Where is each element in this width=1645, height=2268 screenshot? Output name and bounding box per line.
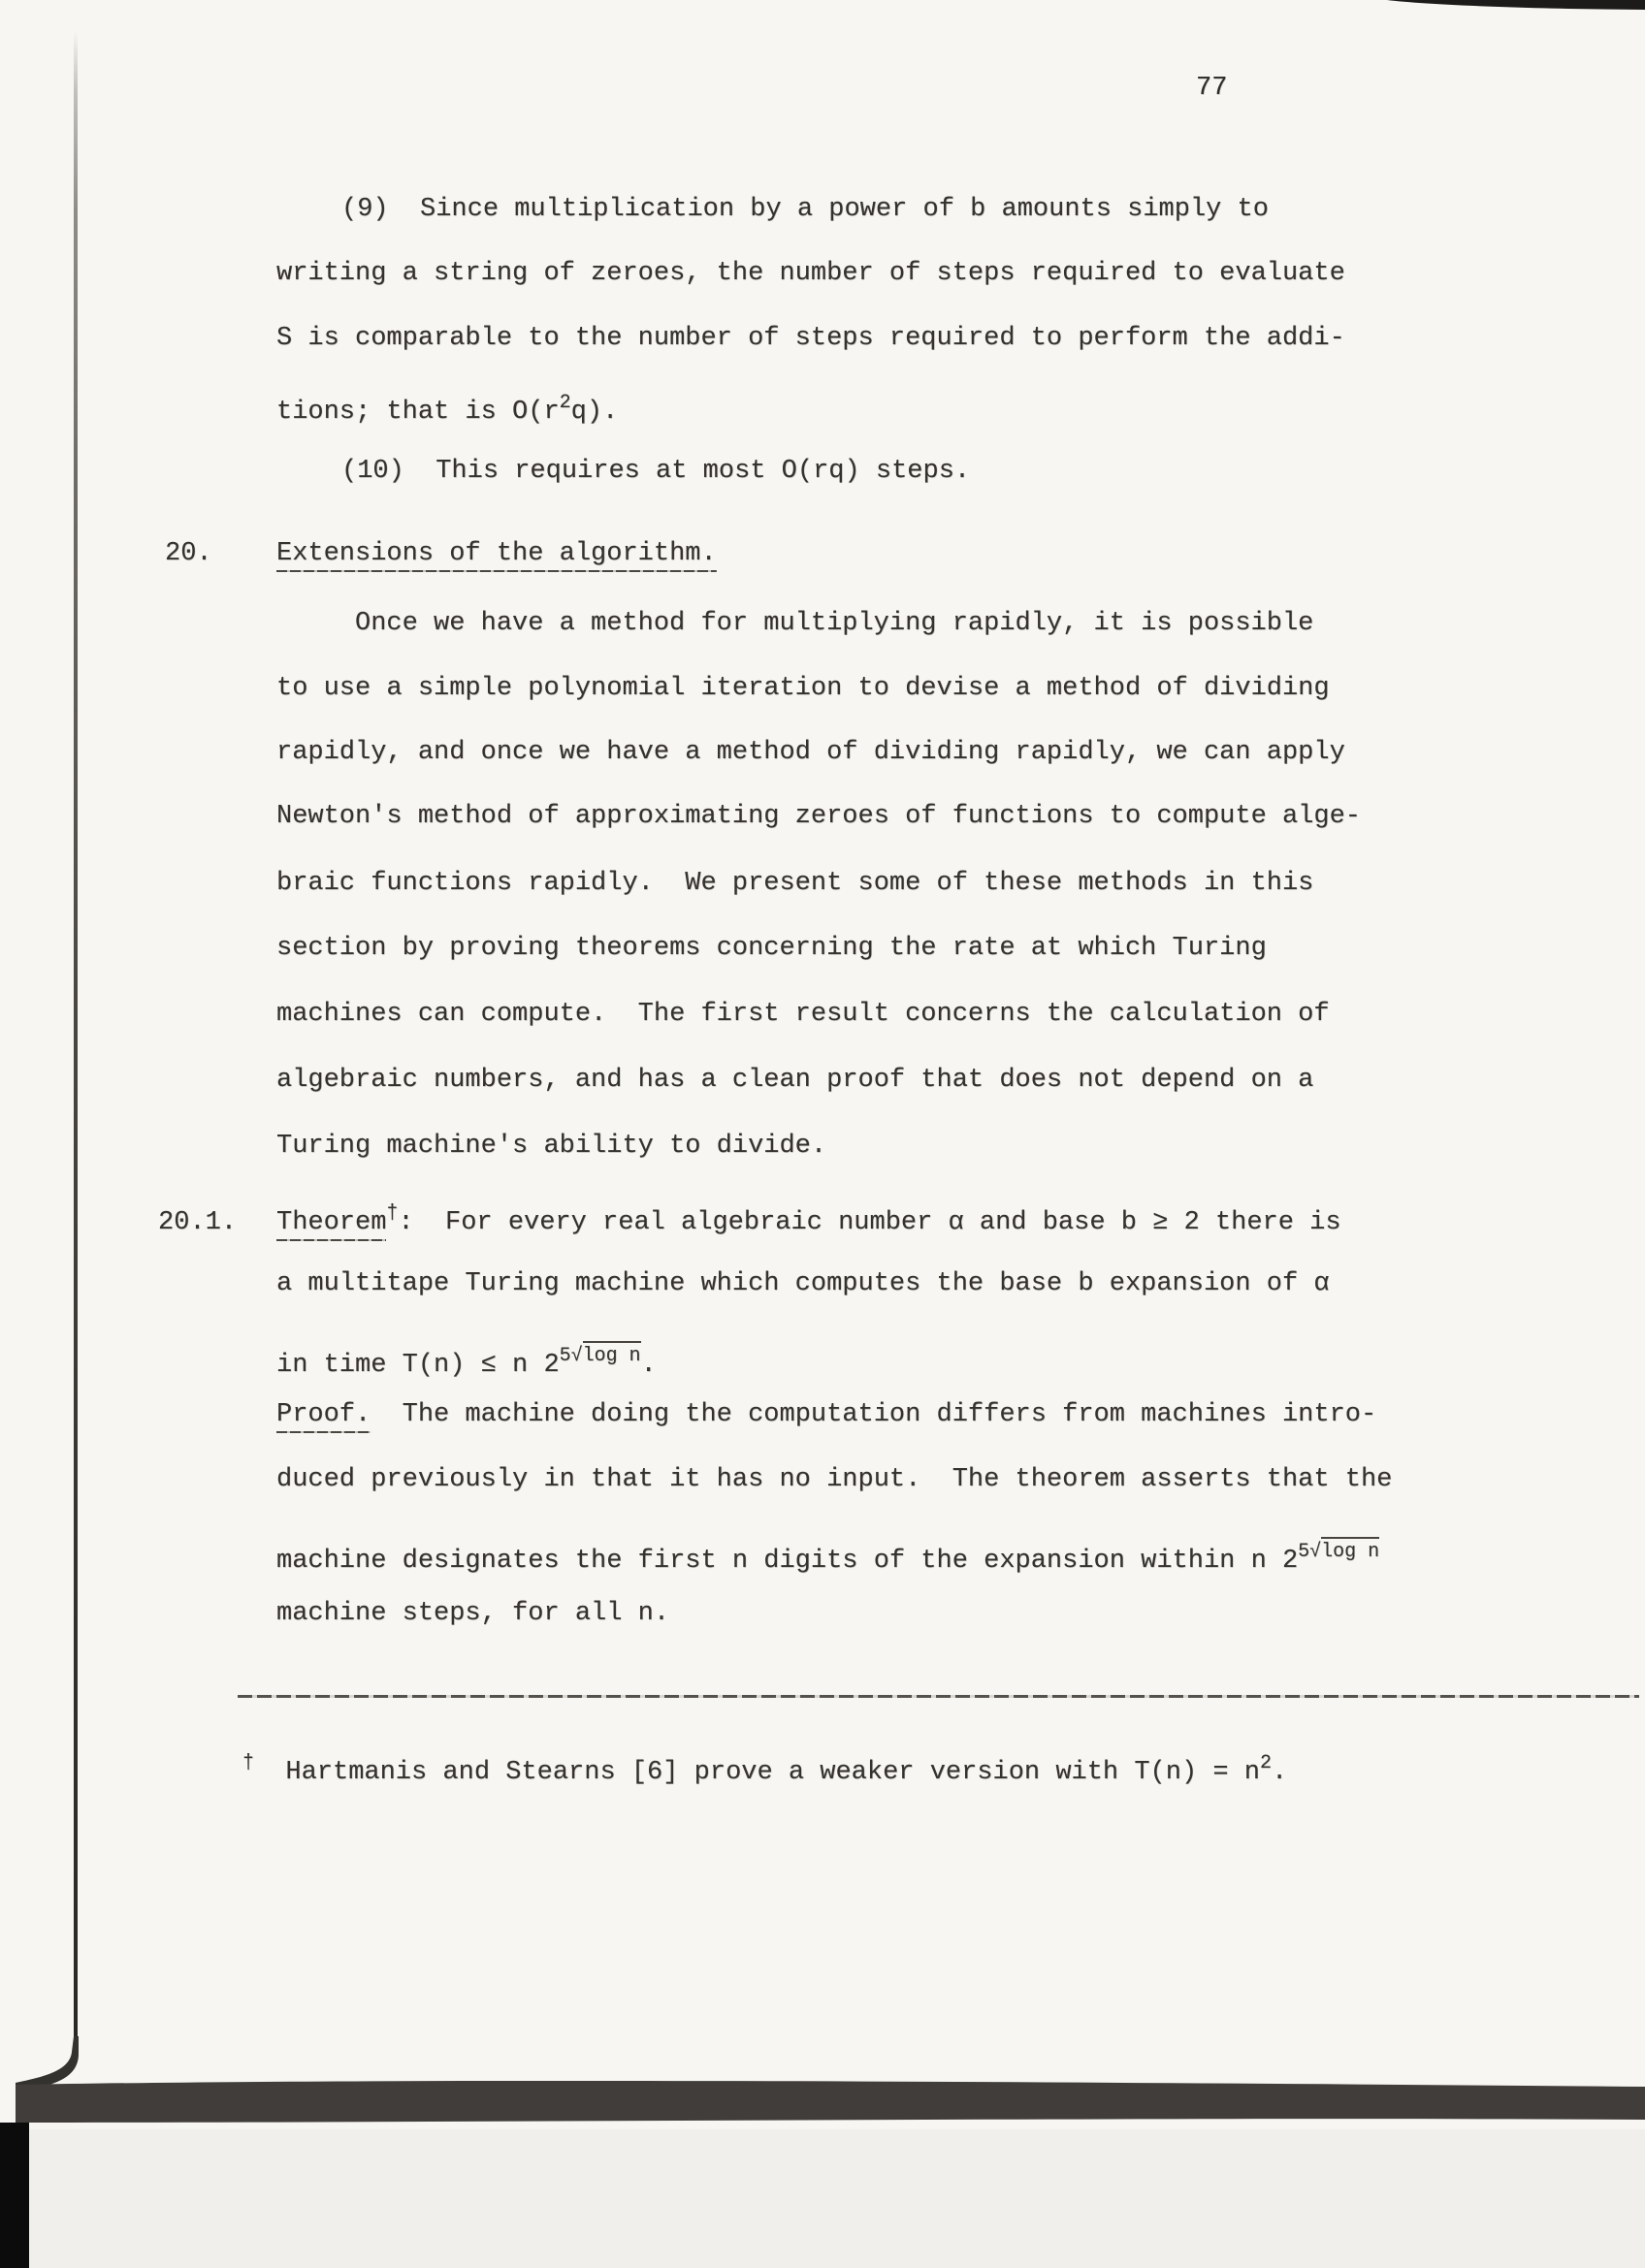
text-line: (10) This requires at most O(rq) steps. bbox=[341, 459, 970, 485]
text-line: rapidly, and once we have a method of di… bbox=[276, 740, 1345, 766]
text-segment: (10) This requires at most O(rq) steps. bbox=[341, 457, 970, 486]
text-segment: writing a string of zeroes, the number o… bbox=[276, 259, 1345, 288]
section-title: Extensions of the algorithm. bbox=[276, 539, 717, 572]
text-line: to use a simple polynomial iteration to … bbox=[276, 676, 1330, 702]
text-line: (9) Since multiplication by a power of b… bbox=[341, 197, 1269, 223]
text-segment: S is comparable to the number of steps r… bbox=[276, 324, 1345, 353]
text-line: S is comparable to the number of steps r… bbox=[276, 326, 1345, 352]
text-segment: section by proving theorems concerning t… bbox=[276, 934, 1267, 963]
text-line: writing a string of zeroes, the number o… bbox=[276, 261, 1345, 287]
text-line: Newton's method of approximating zeroes … bbox=[276, 804, 1361, 830]
text-line: section by proving theorems concerning t… bbox=[276, 936, 1267, 962]
dagger-icon: † bbox=[386, 1201, 398, 1224]
proof-line: Proof. The machine doing the computation… bbox=[276, 1402, 1376, 1428]
text-segment: The machine doing the computation differ… bbox=[371, 1400, 1376, 1429]
text-line: braic functions rapidly. We present some… bbox=[276, 871, 1313, 897]
document-page: 77 (9) Since multiplication by a power o… bbox=[0, 0, 1645, 2268]
text-segment: tions; that is O(r bbox=[276, 398, 560, 427]
text-segment: 5√ bbox=[560, 1344, 583, 1366]
page-edge-line bbox=[74, 31, 78, 2041]
text-line-formula: tions; that is O(r2q). bbox=[276, 393, 618, 426]
binding-curve bbox=[16, 2036, 79, 2092]
text-segment: machines can compute. The first result c… bbox=[276, 1000, 1330, 1029]
exponent: 5√log n bbox=[1298, 1537, 1379, 1562]
text-segment: Newton's method of approximating zeroes … bbox=[276, 802, 1361, 831]
scan-bottom-strip bbox=[0, 2129, 1645, 2268]
proof-word: Proof. bbox=[276, 1400, 371, 1433]
text-line: algebraic numbers, and has a clean proof… bbox=[276, 1068, 1313, 1094]
overline-segment: log n bbox=[583, 1341, 641, 1366]
text-line-formula: machine designates the first n digits of… bbox=[276, 1542, 1379, 1575]
text-segment: braic functions rapidly. We present some… bbox=[276, 869, 1313, 898]
text-segment: rapidly, and once we have a method of di… bbox=[276, 738, 1345, 767]
exponent: 5√log n bbox=[560, 1341, 641, 1366]
page-number: 77 bbox=[1196, 76, 1227, 102]
text-line: a multitape Turing machine which compute… bbox=[276, 1271, 1330, 1297]
text-line: Once we have a method for multiplying ra… bbox=[355, 611, 1313, 637]
text-segment: Hartmanis and Stearns [6] prove a weaker… bbox=[254, 1758, 1260, 1787]
text-line: machines can compute. The first result c… bbox=[276, 1002, 1330, 1028]
theorem-heading: 20.1.Theorem†: For every real algebraic … bbox=[158, 1203, 1341, 1236]
text-segment: . bbox=[641, 1351, 657, 1380]
theorem-number: 20.1. bbox=[158, 1210, 276, 1236]
text-segment: . bbox=[1272, 1758, 1287, 1787]
text-segment: machine designates the first n digits of… bbox=[276, 1547, 1298, 1576]
text-segment: a multitape Turing machine which compute… bbox=[276, 1269, 1330, 1298]
text-segment: machine steps, for all n. bbox=[276, 1599, 669, 1628]
section-heading: 20.Extensions of the algorithm. bbox=[165, 541, 717, 567]
text-segment: duced previously in that it has no input… bbox=[276, 1465, 1392, 1494]
section-number: 20. bbox=[165, 541, 276, 567]
text-line: duced previously in that it has no input… bbox=[276, 1467, 1392, 1493]
text-line: Turing machine's ability to divide. bbox=[276, 1134, 826, 1160]
bottom-shadow-band bbox=[16, 2081, 1645, 2123]
dagger-icon: † bbox=[242, 1751, 254, 1773]
text-line-formula: in time T(n) ≤ n 25√log n. bbox=[276, 1346, 657, 1379]
top-right-black-bar bbox=[1387, 0, 1645, 10]
text-segment: Once we have a method for multiplying ra… bbox=[355, 609, 1313, 638]
text-segment: : For every real algebraic number α and … bbox=[398, 1208, 1340, 1237]
theorem-word: Theorem bbox=[276, 1208, 386, 1241]
text-segment: q). bbox=[571, 398, 619, 427]
footnote-line: † Hartmanis and Stearns [6] prove a weak… bbox=[242, 1753, 1287, 1786]
text-line: machine steps, for all n. bbox=[276, 1601, 669, 1627]
superscript: 2 bbox=[560, 391, 571, 413]
text-segment: algebraic numbers, and has a clean proof… bbox=[276, 1066, 1313, 1095]
footnote-separator bbox=[238, 1695, 1639, 1698]
superscript: 2 bbox=[1260, 1751, 1272, 1773]
text-segment: in time T(n) ≤ n 2 bbox=[276, 1351, 560, 1380]
text-segment: 5√ bbox=[1298, 1540, 1321, 1562]
text-segment: Turing machine's ability to divide. bbox=[276, 1132, 826, 1161]
overline-segment: log n bbox=[1321, 1537, 1379, 1562]
text-segment: (9) Since multiplication by a power of b… bbox=[341, 195, 1269, 224]
text-segment: to use a simple polynomial iteration to … bbox=[276, 674, 1330, 703]
